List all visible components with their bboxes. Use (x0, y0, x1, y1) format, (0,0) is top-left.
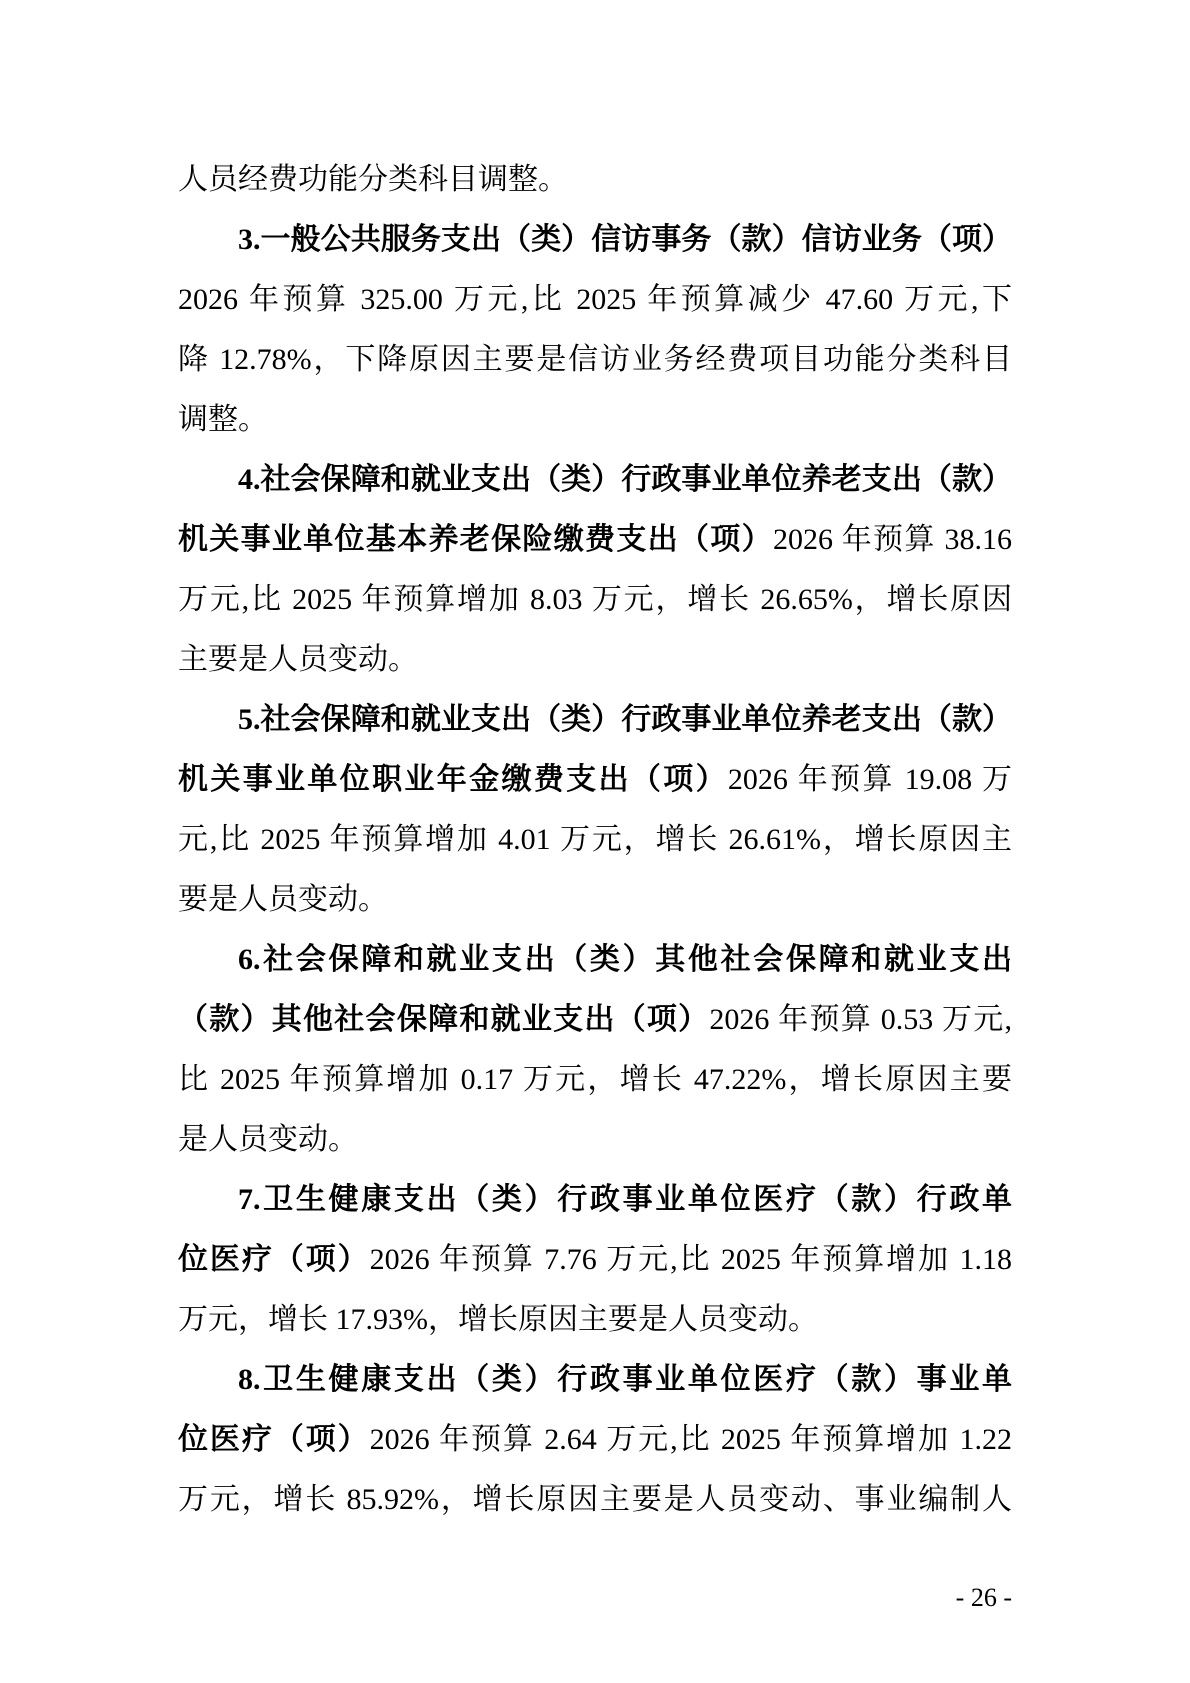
item-7-heading: 7.卫生健康支出（类）行政事业单位医疗（款）行政单 (178, 1170, 1012, 1230)
document-body: 人员经费功能分类科目调整。 3.一般公共服务支出（类）信访事务（款）信访业务（项… (178, 150, 1012, 1530)
page-number: - 26 - (956, 1583, 1012, 1613)
item-6-heading: 6.社会保障和就业支出（类）其他社会保障和就业支出 (178, 930, 1012, 990)
item-5-subheading-line: 机关事业单位职业年金缴费支出（项）2026 年预算 19.08 万 (178, 750, 1012, 810)
item-3-body-line-a: 2026 年预算 325.00 万元,比 2025 年预算减少 47.60 万元… (178, 270, 1012, 330)
document-page: 人员经费功能分类科目调整。 3.一般公共服务支出（类）信访事务（款）信访业务（项… (0, 0, 1190, 1683)
line-regular-text: 是人员变动。 (178, 1123, 358, 1156)
line-regular-text: 元,比 2025 年预算增加 4.01 万元，增长 26.61%，增长原因主 (178, 823, 1012, 856)
item-7-body-line-a: 万元，增长 17.93%，增长原因主要是人员变动。 (178, 1290, 1012, 1350)
line-regular-text: 2026 年预算 2.64 万元,比 2025 年预算增加 1.22 (370, 1423, 1012, 1456)
item-5-body-line-a: 元,比 2025 年预算增加 4.01 万元，增长 26.61%，增长原因主 (178, 810, 1012, 870)
line-regular-text: 人员经费功能分类科目调整。 (178, 163, 568, 196)
line-regular-text: 2026 年预算 0.53 万元, (709, 1003, 1012, 1036)
line-regular-text: 2026 年预算 7.76 万元,比 2025 年预算增加 1.18 (370, 1243, 1012, 1276)
item-5-body-line-b: 要是人员变动。 (178, 870, 1012, 930)
line-regular-text: 主要是人员变动。 (178, 643, 418, 676)
line-bold-text: 位医疗（项） (178, 1423, 370, 1456)
line-regular-text: 2026 年预算 19.08 万 (728, 763, 1012, 796)
line-regular-text: 万元，增长 17.93%，增长原因主要是人员变动。 (178, 1303, 818, 1336)
item-8-heading: 8.卫生健康支出（类）行政事业单位医疗（款）事业单 (178, 1350, 1012, 1410)
item-4-body-line-a: 万元,比 2025 年预算增加 8.03 万元，增长 26.65%，增长原因 (178, 570, 1012, 630)
item-5-heading: 5.社会保障和就业支出（类）行政事业单位养老支出（款） (178, 690, 1012, 750)
item-6-body-line-b: 是人员变动。 (178, 1110, 1012, 1170)
line-regular-text: 万元，增长 85.92%，增长原因主要是人员变动、事业编制人 (178, 1483, 1012, 1516)
line-bold-text: 位医疗（项） (178, 1243, 370, 1276)
item-4-body-line-b: 主要是人员变动。 (178, 630, 1012, 690)
item-6-body-line-a: 比 2025 年预算增加 0.17 万元，增长 47.22%，增长原因主要 (178, 1050, 1012, 1110)
line-regular-text: 降 12.78%，下降原因主要是信访业务经费项目功能分类科目 (178, 343, 1012, 376)
line-bold-text: 机关事业单位基本养老保险缴费支出（项） (178, 523, 773, 556)
line-regular-text: 万元,比 2025 年预算增加 8.03 万元，增长 26.65%，增长原因 (178, 583, 1012, 616)
item-3-heading: 3.一般公共服务支出（类）信访事务（款）信访业务（项） (178, 210, 1012, 270)
line-regular-text: 2026 年预算 38.16 (773, 523, 1012, 556)
line-bold-text: 5.社会保障和就业支出（类）行政事业单位养老支出（款） (238, 703, 1012, 736)
item-3-body-line-b: 降 12.78%，下降原因主要是信访业务经费项目功能分类科目 (178, 330, 1012, 390)
line-bold-text: 3.一般公共服务支出（类）信访事务（款）信访业务（项） (238, 223, 1012, 256)
line-regular-text: 2026 年预算 325.00 万元,比 2025 年预算减少 47.60 万元… (178, 283, 1012, 316)
line-bold-text: 机关事业单位职业年金缴费支出（项） (178, 763, 728, 796)
line-regular-text: 比 2025 年预算增加 0.17 万元，增长 47.22%，增长原因主要 (178, 1063, 1012, 1096)
item-3-body-line-c: 调整。 (178, 390, 1012, 450)
item-6-subheading-line: （款）其他社会保障和就业支出（项）2026 年预算 0.53 万元, (178, 990, 1012, 1050)
line-bold-text: 7.卫生健康支出（类）行政事业单位医疗（款）行政单 (238, 1183, 1012, 1216)
line-bold-text: 8.卫生健康支出（类）行政事业单位医疗（款）事业单 (238, 1363, 1012, 1396)
item-8-subheading-line: 位医疗（项）2026 年预算 2.64 万元,比 2025 年预算增加 1.22 (178, 1410, 1012, 1470)
item-4-subheading-line: 机关事业单位基本养老保险缴费支出（项）2026 年预算 38.16 (178, 510, 1012, 570)
continuation-line: 人员经费功能分类科目调整。 (178, 150, 1012, 210)
line-bold-text: （款）其他社会保障和就业支出（项） (178, 1003, 709, 1036)
item-8-body-line-a: 万元，增长 85.92%，增长原因主要是人员变动、事业编制人 (178, 1470, 1012, 1530)
line-regular-text: 要是人员变动。 (178, 883, 388, 916)
item-7-subheading-line: 位医疗（项）2026 年预算 7.76 万元,比 2025 年预算增加 1.18 (178, 1230, 1012, 1290)
line-bold-text: 6.社会保障和就业支出（类）其他社会保障和就业支出 (238, 943, 1012, 976)
line-bold-text: 4.社会保障和就业支出（类）行政事业单位养老支出（款） (238, 463, 1012, 496)
line-regular-text: 调整。 (178, 403, 268, 436)
item-4-heading: 4.社会保障和就业支出（类）行政事业单位养老支出（款） (178, 450, 1012, 510)
